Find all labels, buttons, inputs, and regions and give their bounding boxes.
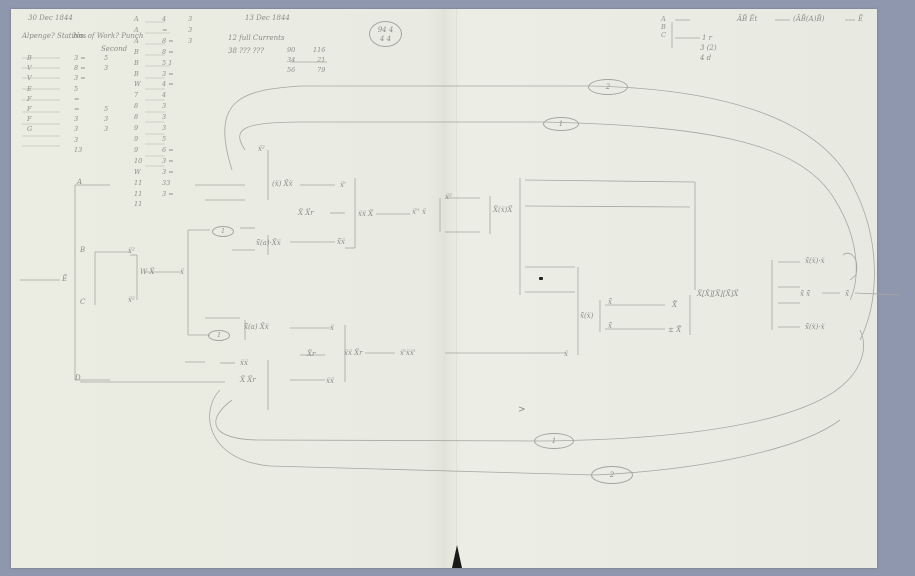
table-mid-col-1: A A A B B B W 7 8 8 9 9 9 10 W 11 11 11 <box>134 14 142 210</box>
node-q2: ẍ² <box>445 193 452 201</box>
formula-sub-3: 4 d <box>700 54 711 62</box>
node-c: C <box>80 298 85 306</box>
loop-label-bottom-1: 1 <box>534 433 574 449</box>
node-u2: ± Ẍ̃ <box>668 326 681 334</box>
node-l8: ẍ <box>564 350 568 358</box>
loop-label-top-2: 2 <box>588 79 628 95</box>
node-m4: ẍ̃ẍ <box>337 238 345 246</box>
node-l4: ẍ'ẍẍ' <box>400 349 416 357</box>
node-l1: ẍ̃(a) Ẍẍ <box>244 323 269 331</box>
ink-dot <box>539 277 543 280</box>
sum-column-2: 116 21 79 <box>313 45 325 76</box>
node-y3: ẍ̃ <box>845 290 849 298</box>
node-y1: ẍ̃(ẍ)·ẍ <box>805 257 825 265</box>
node-w1: W Ẍ <box>140 268 154 276</box>
table-left-col-1: B V V E F F F G <box>27 53 32 135</box>
node-x1: ẍ <box>180 268 184 276</box>
note-line-2: 38 ??? ??? <box>228 47 264 55</box>
table-left-header-3: Second <box>101 45 127 53</box>
node-t1: ẍ̃ <box>608 298 612 306</box>
loop-label-top-1: 1 <box>543 117 579 131</box>
note-line-1: 12 full Currents <box>228 34 285 42</box>
sum-column-1: 90 34 56 <box>287 45 295 76</box>
loop-label-bottom-2: 2 <box>591 466 633 484</box>
node-m2: ẍ' <box>340 181 346 189</box>
formula-sub-1: 1 r <box>702 34 712 42</box>
node-y4: ẍ̃(ẍ)·ẍ <box>805 323 825 331</box>
table-left-col-3: 5 3 5 3 3 <box>104 53 108 135</box>
node-x2: ẍ² <box>258 145 265 153</box>
node-l5: ẍẍ <box>240 359 248 367</box>
node-l7: ẍẍ <box>326 377 334 385</box>
node-b: B <box>80 246 85 254</box>
formula-sub-2: 3 (2) <box>700 44 717 52</box>
node-l6: Ẍ Ẍr <box>240 376 256 384</box>
node-l2: Ẍr <box>307 350 315 358</box>
node-p2: ẍẍ Ẍ <box>358 210 373 218</box>
annotation-arrow: > <box>518 406 526 414</box>
node-p1: Ẍ Ẍr <box>298 209 314 217</box>
table-left-col-2: 3 = 8 = 3 = 5 = = 3 3 3 13 <box>74 53 86 155</box>
node-u1: Ẍ̃ <box>672 301 677 309</box>
node-q1: ẍ'' ẍ <box>412 208 426 216</box>
table-mid-col-3: 3 3 3 <box>188 14 192 47</box>
node-y2: ẍ̃ ẍ̃ <box>800 290 810 298</box>
node-m1: (ẍ) Ẍẍ <box>272 180 293 188</box>
node-l9: ẍ <box>330 324 334 332</box>
node-s1: ẍ̃(ẍ) <box>580 312 593 320</box>
formula-term-3: Ẽ <box>858 15 863 23</box>
node-r1: Ẍ(ẍ)Ẍ <box>493 206 512 214</box>
circled-note: 94 4 4 4 <box>369 21 402 47</box>
node-e: Ẽ <box>62 275 67 283</box>
formula-term-1: ÃB̃ Ẽt <box>737 15 757 23</box>
table-mid-col-2: 4 = 8 = 8 = 5 1 3 = 4 = 4 3 3 3 5 6 = 3 … <box>162 14 174 199</box>
node-t2: ẍ̃ <box>608 322 612 330</box>
table-left-header-2: No. of Work? Punch <box>73 32 143 40</box>
node-f1: ẍ² <box>128 247 135 255</box>
node-l3: ẍẍ Ẍr <box>344 349 362 357</box>
node-v1: Ẍ[Ẍ][Ẍ][Ẍ]Ẍ <box>697 290 738 298</box>
formula-left-vars: A B C <box>661 15 666 39</box>
date-middle: 13 Dec 1844 <box>245 14 290 22</box>
loop-label-small-1b: 1 <box>208 330 230 341</box>
node-f2: ẍ² <box>128 296 135 304</box>
date-left: 30 Dec 1844 <box>28 14 73 22</box>
node-a: A <box>77 178 82 186</box>
formula-term-2: (ÃB̃(A)B̃) <box>793 15 824 23</box>
node-d: D <box>75 374 81 382</box>
node-m3: ẍ̃(a)·Ẍẍ <box>256 239 281 247</box>
loop-label-small-1a: 1 <box>212 226 234 237</box>
